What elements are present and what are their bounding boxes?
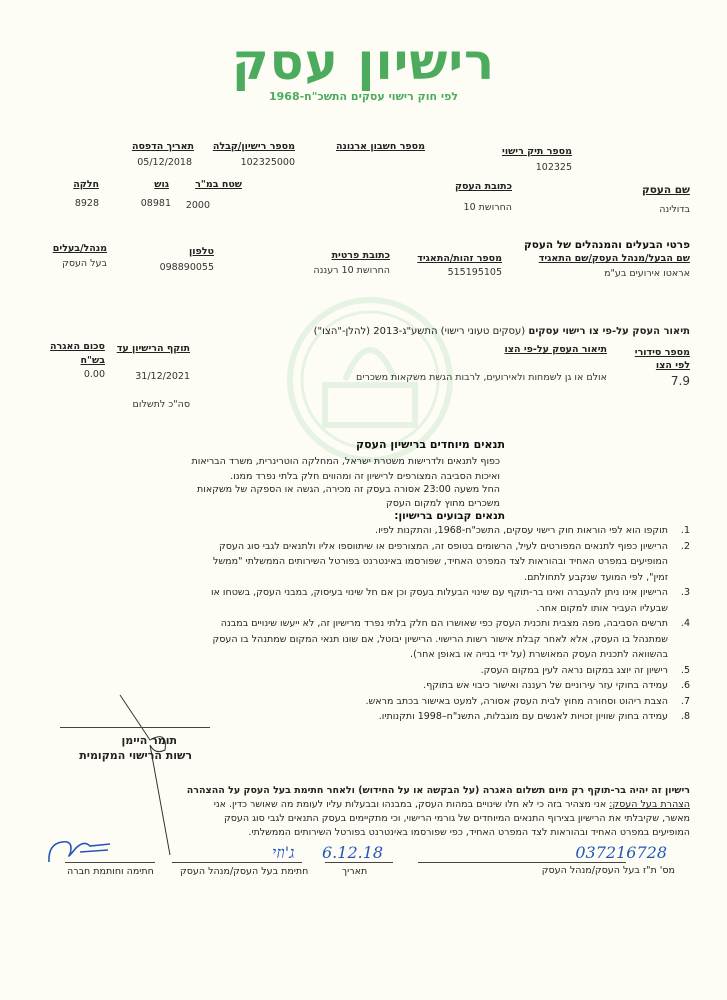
fixed-condition-continuation: שבעליו העביר אותו למקום אחר. bbox=[50, 601, 690, 617]
fixed-condition-text: שבעליו העביר אותו למקום אחר. bbox=[536, 603, 668, 614]
declaration-line-2: מאשר, שקיבלתי את הרישיון בצירוף התנאים ה… bbox=[224, 813, 690, 824]
company-stamp-label: חתימה וחותמת חברה bbox=[67, 866, 154, 877]
fixed-condition-number: 4. bbox=[668, 616, 690, 632]
owner-id-sign-label: מס' ת"ז בעל העסק/מנהל העסק bbox=[542, 865, 675, 876]
area-value: 2000 bbox=[186, 200, 210, 211]
fee-label: סכום האגרה bbox=[50, 341, 105, 352]
fixed-condition-number: 6. bbox=[668, 678, 690, 694]
business-name-value: בדולינה bbox=[659, 204, 690, 215]
declaration-line-1: הצהרת בעל העסק: אני מצהיר בזה כי לא חלו … bbox=[214, 799, 690, 810]
print-date-value: 05/12/2018 bbox=[137, 157, 192, 168]
fixed-condition-item: 3.הרישיון אינו ניתן להעברה ואינו בר-תוקף… bbox=[50, 585, 690, 601]
fixed-condition-continuation: זמין", לפי המועד שנקבע לתחולתם. bbox=[50, 570, 690, 586]
fixed-condition-number: 3. bbox=[668, 585, 690, 601]
description-label: תיאור העסק על-פי הצו bbox=[505, 344, 607, 355]
declaration-text-1: אני מצהיר בזה כי לא חלו שינויים במהות הע… bbox=[214, 799, 609, 810]
fixed-condition-number: 1. bbox=[668, 523, 690, 539]
fixed-condition-text: הרישיון כפוף לתנאים המפורטים לעיל, הרשומ… bbox=[219, 541, 668, 552]
file-number-label: מספר תיק רישוי bbox=[502, 146, 572, 157]
fixed-condition-text: הצבת ריהוט וסחורה מחוץ לבית העסק אסורה, … bbox=[366, 696, 669, 707]
parcel-value: 8928 bbox=[75, 198, 99, 209]
serial-label-2: לפי הצו bbox=[656, 360, 690, 371]
total-to-pay-label: סה"כ לתשלום bbox=[133, 399, 190, 410]
owner-name-value: אראטו אירועים בע"מ bbox=[604, 268, 690, 279]
fixed-condition-number: 2. bbox=[668, 539, 690, 555]
owner-id-line bbox=[418, 862, 626, 863]
document-title: רישיון עסק bbox=[0, 34, 727, 90]
block-value: 08981 bbox=[141, 198, 171, 209]
owners-section-title: פרטי הבעלים והמנהלים של העסק bbox=[524, 239, 690, 251]
description-title-bold: תיאור העסק על-פי צו רישוי עסקים bbox=[528, 326, 690, 337]
declaration-line-3: המופיעים במפרט האחיד ובהוראות לצד המפרט … bbox=[248, 827, 690, 838]
fixed-condition-continuation: שמתנהל בו העסק, אלא לאחר קבלת אישור רשות… bbox=[50, 632, 690, 648]
declaration-bold-line: רישיון זה יהיה בר-תוקף רק מיום תשלום האג… bbox=[187, 785, 690, 796]
fixed-condition-number: 5. bbox=[668, 663, 690, 679]
fixed-condition-item: 4.תרשים הסביבה, מפה מצבית ותכנית העסק כפ… bbox=[50, 616, 690, 632]
date-handwritten: 6.12.18 bbox=[322, 843, 383, 862]
company-stamp-line bbox=[65, 862, 155, 863]
fixed-condition-text: שמתנהל בו העסק, אלא לאחר קבלת אישור רשות… bbox=[212, 634, 668, 645]
arnona-account-label: מספר חשבון ארנונה bbox=[336, 141, 425, 152]
fixed-condition-text: תרשים הסביבה, מפה מצבית ותכנית העסק כפי … bbox=[221, 618, 668, 629]
description-title-rest: (עסקים טעוני רישוי) התשע"ג-2013 (להלן-"ה… bbox=[314, 326, 526, 337]
owner-signature-line bbox=[172, 862, 302, 863]
owner-signature-label: חתימת בעל העסק/מנהל העסק bbox=[180, 866, 308, 877]
document-subtitle: לפי חוק רישוי עסקים התשכ"ח-1968 bbox=[0, 90, 727, 103]
file-number-value: 102325 bbox=[536, 162, 572, 173]
business-address-value: החרושת 10 bbox=[464, 202, 512, 213]
phone-value: 098890055 bbox=[160, 262, 214, 273]
fixed-condition-item: 2.הרישיון כפוף לתנאים המפורטים לעיל, הרש… bbox=[50, 539, 690, 555]
phone-label: טלפון bbox=[189, 246, 214, 257]
description-value: אולם או גן לשמחות ולאירועים, לרבות הגשת … bbox=[356, 372, 607, 383]
owner-id-handwritten: 037216728 bbox=[575, 843, 667, 862]
role-label: מנהל/בעלים bbox=[53, 243, 107, 254]
valid-until-label: תוקף הרישיון עד bbox=[117, 343, 190, 354]
fixed-condition-text: רישיון זה יוצג במקום נראה לעין במקום העס… bbox=[481, 665, 668, 676]
fixed-condition-text: עמידה בחוקי עזר עירוניים של רעננה ואישור… bbox=[423, 680, 668, 691]
date-sign-label: תאריך bbox=[342, 866, 367, 877]
authority-name: תומר היימן bbox=[122, 734, 177, 747]
license-number-label: מספר רישיון/קבלה bbox=[213, 141, 295, 152]
owner-signature-handwritten: ג'וזי bbox=[272, 843, 294, 863]
business-address-label: כתובת העסק bbox=[455, 181, 512, 192]
declaration-label: הצהרת בעל העסק: bbox=[609, 799, 690, 810]
authority-signature-scribble bbox=[110, 690, 190, 870]
fixed-condition-number: 8. bbox=[668, 709, 690, 725]
special-conditions-title: תנאים מיוחדים ברישיון העסק bbox=[356, 438, 505, 451]
description-title: תיאור העסק על-פי צו רישוי עסקים (עסקים ט… bbox=[314, 326, 690, 337]
fixed-condition-text: זמין", לפי המועד שנקבע לתחולתם. bbox=[524, 572, 668, 583]
serial-label: מספר סידורי bbox=[635, 347, 690, 358]
valid-until-value: 31/12/2021 bbox=[135, 371, 190, 382]
block-label: גוש bbox=[154, 179, 169, 190]
fixed-condition-continuation: המופיעים במפרט האחיד ובהוראות לצד המפרט … bbox=[50, 554, 690, 570]
private-address-value: החרושת 10 רעננה bbox=[313, 265, 390, 276]
owner-id-label: מספר זהות/התאגיד bbox=[417, 253, 502, 264]
parcel-label: חלקה bbox=[73, 179, 99, 190]
fixed-condition-text: עמידה בחוק שוויון זכויות לאנשים עם מוגבל… bbox=[379, 711, 668, 722]
role-value: בעל העסק bbox=[62, 258, 107, 269]
fixed-conditions-title: תנאים קבועים ברישיון: bbox=[394, 510, 505, 522]
fixed-condition-number: 7. bbox=[668, 694, 690, 710]
authority-signature-line bbox=[60, 727, 210, 728]
owner-name-label: שם הבעל/מנהל העסק/שם התאגיד bbox=[539, 253, 690, 264]
fee-value: 0.00 bbox=[84, 369, 105, 380]
special-condition-line: החל משעה 23:00 אסורה בעסק זה מכירה, הגשה… bbox=[197, 484, 500, 495]
fixed-condition-item: 1.תוקפו הוא לפי הוראות חוק רישוי עסקים, … bbox=[50, 523, 690, 539]
area-label: שטח במ"ר bbox=[195, 179, 242, 190]
fixed-condition-text: המופיעים במפרט האחיד ובהוראות לצד המפרט … bbox=[213, 556, 668, 567]
authority-title: רשות הרישוי המקומית bbox=[79, 749, 192, 762]
private-address-label: כתובת פרטית bbox=[332, 250, 390, 261]
fixed-condition-continuation: בהשוואה לתכנית העסק המאושרת (על ידי בניי… bbox=[50, 647, 690, 663]
special-condition-line: משכרים מחוץ למקום העסק bbox=[386, 498, 500, 509]
serial-value: 7.9 bbox=[671, 374, 690, 388]
fixed-condition-text: תוקפו הוא לפי הוראות חוק רישוי עסקים, הת… bbox=[375, 525, 668, 536]
special-condition-line: ואיכות הסביבה המצורפים לרישיון זה ומהווי… bbox=[230, 471, 500, 482]
fixed-condition-text: בהשוואה לתכנית העסק המאושרת (על ידי בניי… bbox=[410, 649, 668, 660]
fixed-condition-text: הרישיון אינו ניתן להעברה ואינו בר-תוקף ע… bbox=[211, 587, 668, 598]
print-date-label: תאריך הדפסה bbox=[132, 141, 194, 152]
special-condition-line: כפוף לתנאים ולדרישות משטרת ישראל, המחלקה… bbox=[192, 456, 500, 467]
business-name-label: שם העסק bbox=[642, 184, 690, 196]
fixed-condition-item: 5.רישיון זה יוצג במקום נראה לעין במקום ה… bbox=[50, 663, 690, 679]
date-line bbox=[325, 862, 393, 863]
fee-label-2: בש"ח bbox=[81, 355, 105, 366]
license-number-value: 102325000 bbox=[241, 157, 295, 168]
owner-id-value: 515195105 bbox=[448, 267, 502, 278]
